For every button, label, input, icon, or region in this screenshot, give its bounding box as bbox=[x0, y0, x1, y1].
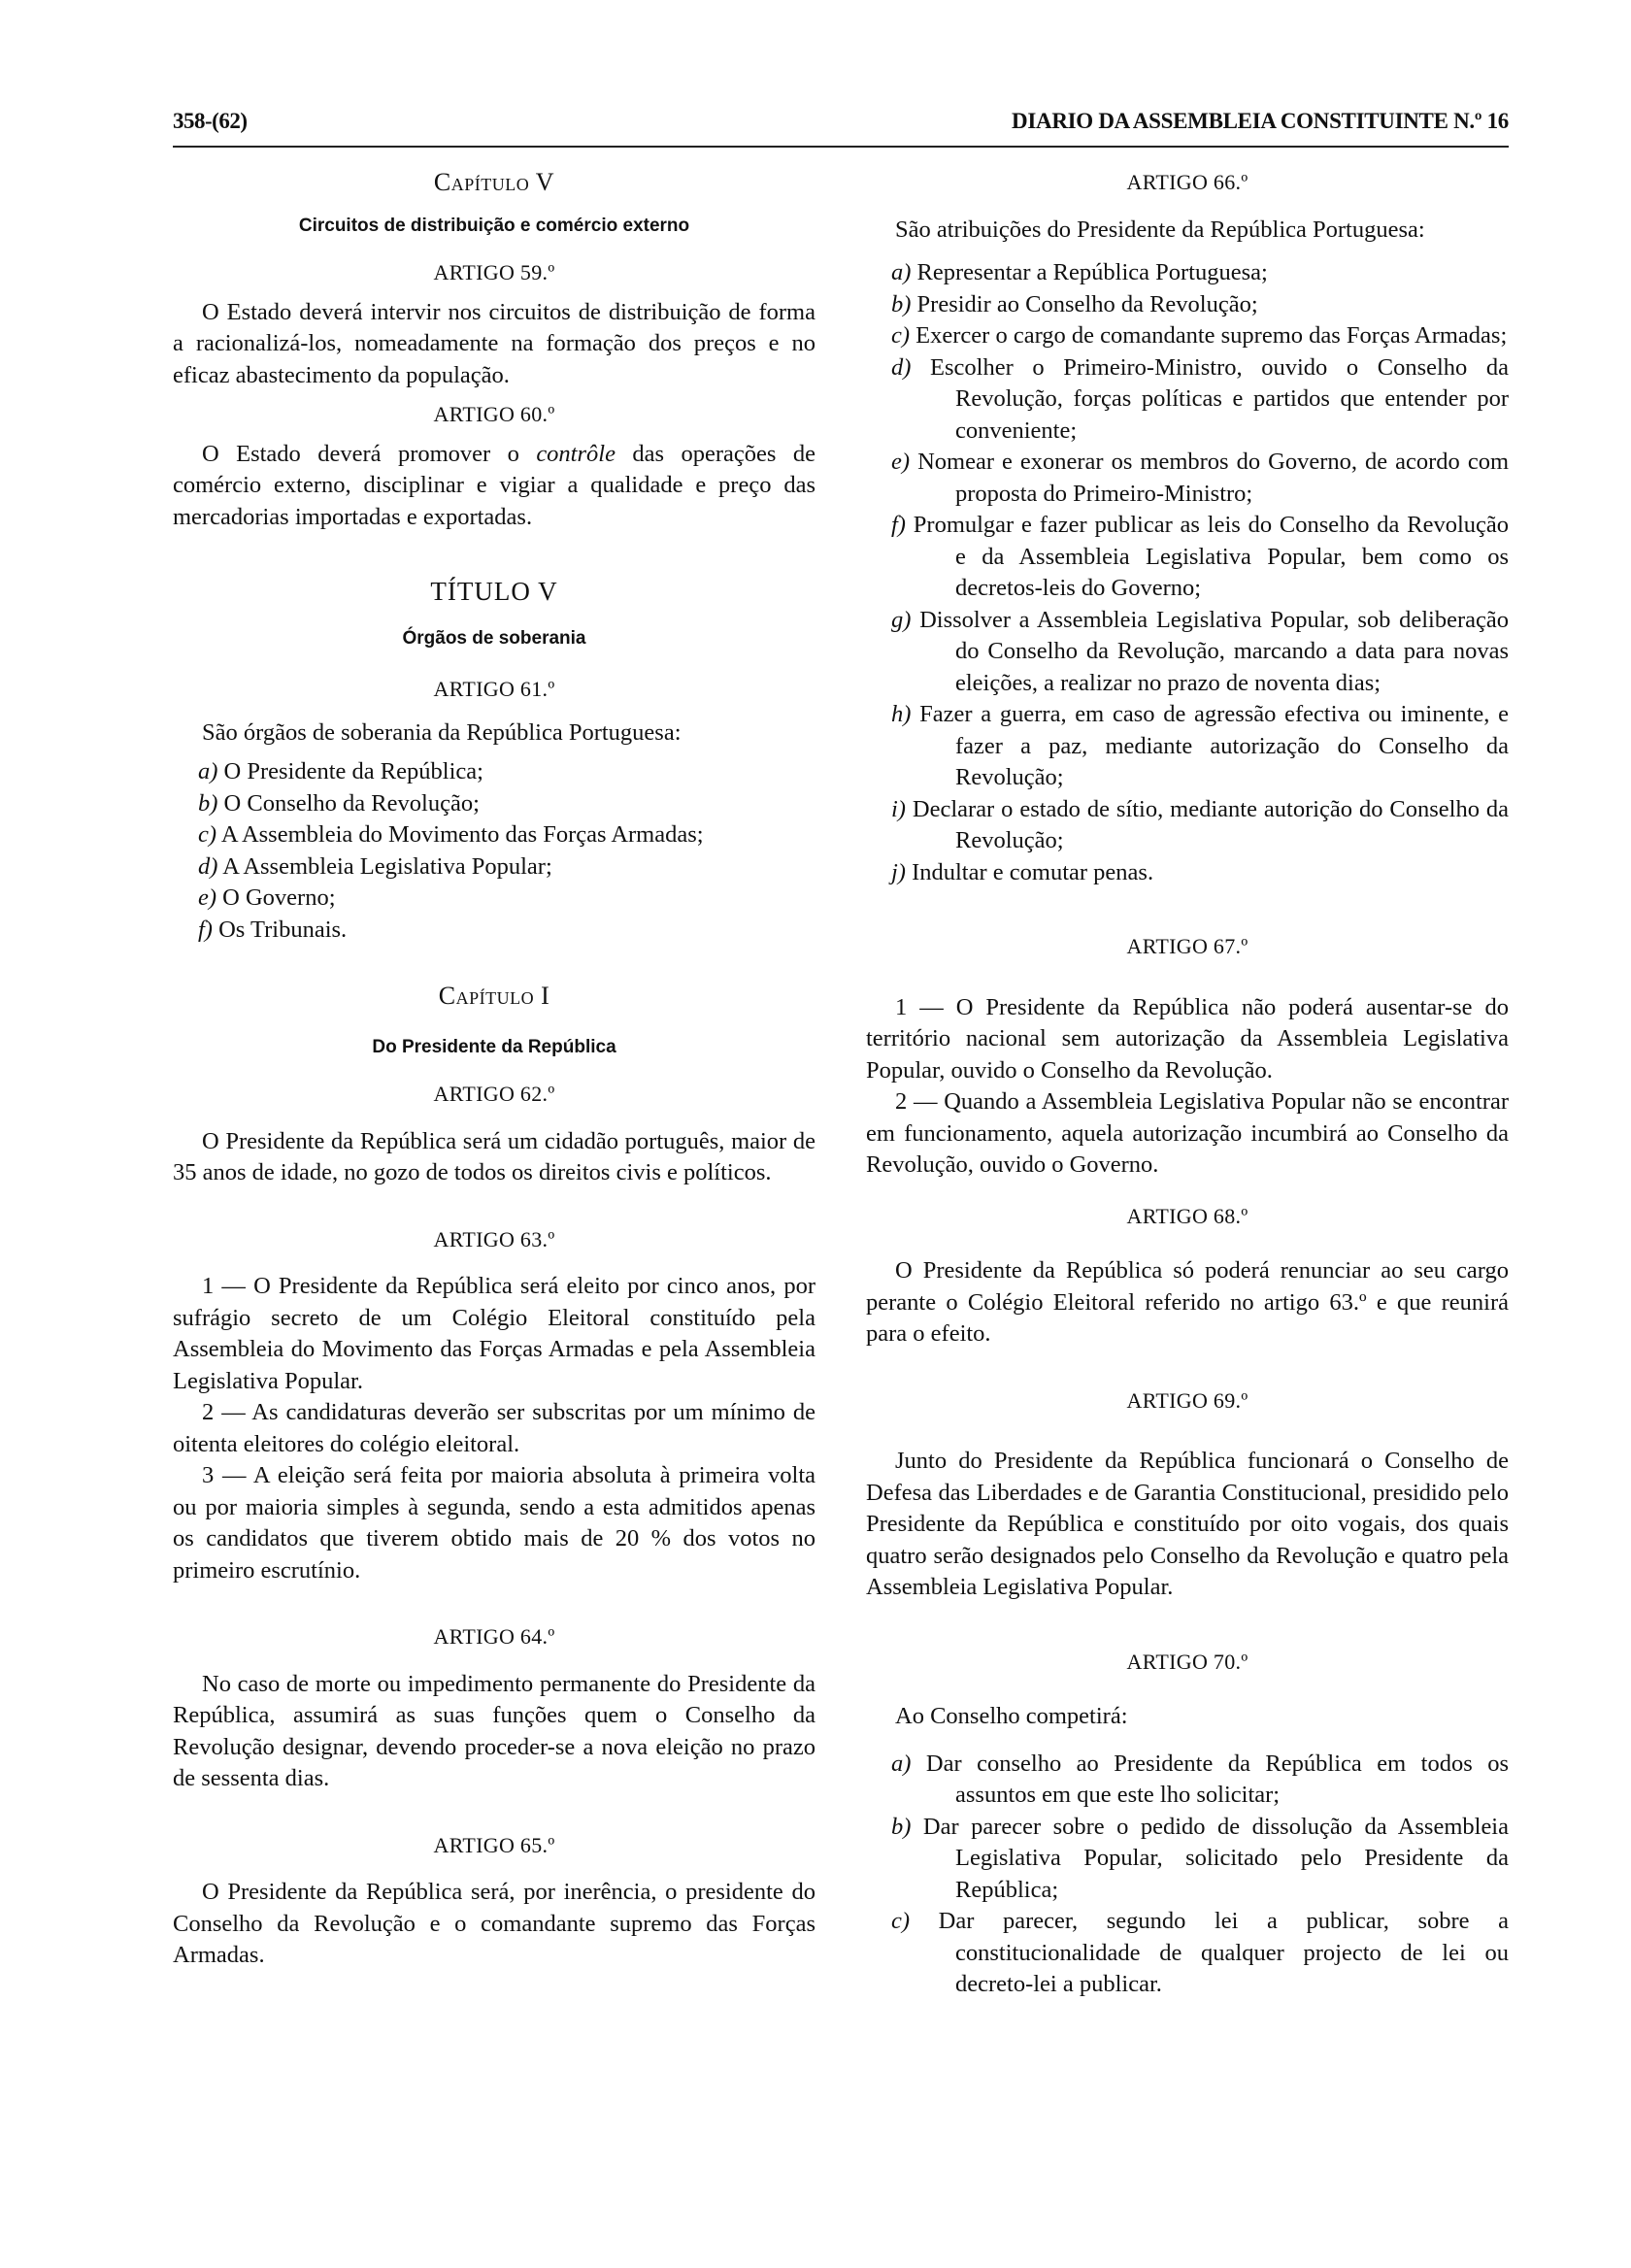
list-item: a) Representar a República Portuguesa; bbox=[866, 257, 1509, 289]
list-item: f) Os Tribunais. bbox=[173, 915, 815, 947]
list-item: c) Dar parecer, segundo lei a publicar, … bbox=[866, 1906, 1509, 2001]
article-list: a) Dar conselho ao Presidente da Repúbli… bbox=[866, 1749, 1509, 2001]
item-letter: e) bbox=[198, 884, 216, 911]
item-text: Presidir ao Conselho da Revolução; bbox=[917, 291, 1258, 317]
item-text: O Governo; bbox=[222, 884, 335, 911]
item-text: Representar a República Portuguesa; bbox=[917, 259, 1268, 285]
article-text: Junto do Presidente da República funcion… bbox=[866, 1446, 1509, 1604]
list-item: j) Indultar e comutar penas. bbox=[866, 857, 1509, 889]
article-heading: ARTIGO 68.º bbox=[866, 1201, 1509, 1233]
item-letter: f) bbox=[198, 917, 213, 943]
item-letter: a) bbox=[891, 1751, 911, 1777]
right-column: ARTIGO 66.º São atribuições do President… bbox=[866, 167, 1509, 2001]
chapter-heading: Capítulo V bbox=[173, 167, 815, 199]
article-intro: São órgãos de soberania da República Por… bbox=[173, 717, 815, 750]
article-heading: ARTIGO 66.º bbox=[866, 167, 1509, 199]
list-item: b) Presidir ao Conselho da Revolução; bbox=[866, 289, 1509, 321]
article-text: O Estado deverá promover o contrôle das … bbox=[173, 439, 815, 534]
list-item: b) Dar parecer sobre o pedido de dissolu… bbox=[866, 1812, 1509, 1907]
item-text: O Presidente da República; bbox=[224, 758, 483, 784]
item-letter: h) bbox=[891, 701, 911, 727]
left-column: Capítulo V Circuitos de distribuição e c… bbox=[173, 167, 815, 1972]
article-heading: ARTIGO 61.º bbox=[173, 674, 815, 706]
article-heading: ARTIGO 70.º bbox=[866, 1647, 1509, 1679]
article-intro: Ao Conselho competirá: bbox=[866, 1701, 1509, 1733]
chapter-subtitle: Do Presidente da República bbox=[173, 1032, 815, 1064]
text-segment: O Estado deverá promover o bbox=[202, 441, 536, 467]
item-text: Os Tribunais. bbox=[218, 917, 347, 943]
item-text: Dissolver a Assembleia Legislativa Popul… bbox=[919, 607, 1509, 696]
item-letter: b) bbox=[891, 1814, 911, 1840]
chapter-subtitle: Circuitos de distribuição e comércio ext… bbox=[173, 211, 815, 243]
item-letter: g) bbox=[891, 607, 911, 633]
item-letter: a) bbox=[198, 758, 217, 784]
item-text: Dar parecer, segundo lei a publicar, sob… bbox=[939, 1908, 1509, 1997]
article-paragraph: 2 — As candidaturas deverão ser subscrit… bbox=[173, 1397, 815, 1460]
item-text: Escolher o Primeiro-Ministro, ouvido o C… bbox=[930, 354, 1509, 444]
item-text: Promulgar e fazer publicar as leis do Co… bbox=[914, 512, 1509, 601]
item-text: A Assembleia do Movimento das Forças Arm… bbox=[221, 821, 704, 848]
article-paragraph: 2 — Quando a Assembleia Legislativa Popu… bbox=[866, 1086, 1509, 1182]
article-heading: ARTIGO 59.º bbox=[173, 257, 815, 289]
list-item: a) Dar conselho ao Presidente da Repúbli… bbox=[866, 1749, 1509, 1812]
article-intro: São atribuições do Presidente da Repúbli… bbox=[866, 215, 1509, 247]
item-text: Exercer o cargo de comandante supremo da… bbox=[915, 322, 1507, 349]
article-heading: ARTIGO 62.º bbox=[173, 1079, 815, 1111]
item-letter: i) bbox=[891, 796, 906, 822]
article-paragraph: 1 — O Presidente da República será eleit… bbox=[173, 1271, 815, 1397]
article-heading: ARTIGO 63.º bbox=[173, 1224, 815, 1256]
item-text: Nomear e exonerar os membros do Governo,… bbox=[917, 449, 1509, 507]
article-heading: ARTIGO 64.º bbox=[173, 1621, 815, 1653]
title-subtitle: Órgãos de soberania bbox=[173, 623, 815, 655]
article-heading: ARTIGO 69.º bbox=[866, 1385, 1509, 1417]
item-letter: j) bbox=[891, 859, 906, 885]
article-heading: ARTIGO 65.º bbox=[173, 1830, 815, 1862]
list-item: h) Fazer a guerra, em caso de agressão e… bbox=[866, 699, 1509, 794]
article-text: No caso de morte ou impedimento permanen… bbox=[173, 1669, 815, 1795]
item-letter: d) bbox=[198, 853, 217, 880]
article-paragraph: 1 — O Presidente da República não poderá… bbox=[866, 992, 1509, 1087]
list-item: g) Dissolver a Assembleia Legislativa Po… bbox=[866, 605, 1509, 700]
header-rule bbox=[173, 146, 1509, 148]
list-item: f) Promulgar e fazer publicar as leis do… bbox=[866, 510, 1509, 605]
item-letter: f) bbox=[891, 512, 906, 538]
item-letter: b) bbox=[198, 790, 217, 817]
item-letter: c) bbox=[891, 1908, 910, 1934]
item-text: Dar parecer sobre o pedido de dissolução… bbox=[923, 1814, 1509, 1903]
item-letter: e) bbox=[891, 449, 910, 475]
article-heading: ARTIGO 67.º bbox=[866, 931, 1509, 963]
item-letter: c) bbox=[198, 821, 216, 848]
list-item: e) Nomear e exonerar os membros do Gover… bbox=[866, 447, 1509, 510]
list-item: b) O Conselho da Revolução; bbox=[173, 788, 815, 820]
list-item: a) O Presidente da República; bbox=[173, 756, 815, 788]
item-text: Fazer a guerra, em caso de agressão efec… bbox=[919, 701, 1509, 790]
item-text: Declarar o estado de sítio, mediante aut… bbox=[913, 796, 1509, 854]
italic-term: contrôle bbox=[536, 441, 616, 467]
list-item: e) O Governo; bbox=[173, 883, 815, 915]
article-text: O Presidente da República será, por iner… bbox=[173, 1877, 815, 1972]
chapter-heading: Capítulo I bbox=[173, 981, 815, 1013]
article-text: O Presidente da República será um cidadã… bbox=[173, 1126, 815, 1189]
list-item: d) A Assembleia Legislativa Popular; bbox=[173, 851, 815, 884]
item-letter: d) bbox=[891, 354, 911, 381]
title-heading: TÍTULO V bbox=[173, 576, 815, 608]
list-item: c) A Assembleia do Movimento das Forças … bbox=[173, 819, 815, 851]
list-item: i) Declarar o estado de sítio, mediante … bbox=[866, 794, 1509, 857]
item-letter: c) bbox=[891, 322, 910, 349]
article-list: a) Representar a República Portuguesa; b… bbox=[866, 257, 1509, 888]
list-item: c) Exercer o cargo de comandante supremo… bbox=[866, 320, 1509, 352]
item-text: A Assembleia Legislativa Popular; bbox=[222, 853, 552, 880]
item-letter: b) bbox=[891, 291, 911, 317]
item-text: Indultar e comutar penas. bbox=[912, 859, 1153, 885]
article-list: a) O Presidente da República; b) O Conse… bbox=[173, 756, 815, 946]
article-text: O Estado deverá intervir nos circuitos d… bbox=[173, 297, 815, 392]
list-item: d) Escolher o Primeiro-Ministro, ouvido … bbox=[866, 352, 1509, 448]
page-number: 358-(62) bbox=[173, 109, 247, 134]
item-letter: a) bbox=[891, 259, 911, 285]
article-text: O Presidente da República só poderá renu… bbox=[866, 1255, 1509, 1351]
item-text: O Conselho da Revolução; bbox=[224, 790, 480, 817]
article-heading: ARTIGO 60.º bbox=[173, 399, 815, 431]
page-header: 358-(62) DIARIO DA ASSEMBLEIA CONSTITUIN… bbox=[173, 109, 1509, 138]
article-paragraph: 3 — A eleição será feita por maioria abs… bbox=[173, 1460, 815, 1586]
item-text: Dar conselho ao Presidente da República … bbox=[926, 1751, 1509, 1809]
journal-title: DIARIO DA ASSEMBLEIA CONSTITUINTE N.º 16 bbox=[1012, 109, 1509, 134]
